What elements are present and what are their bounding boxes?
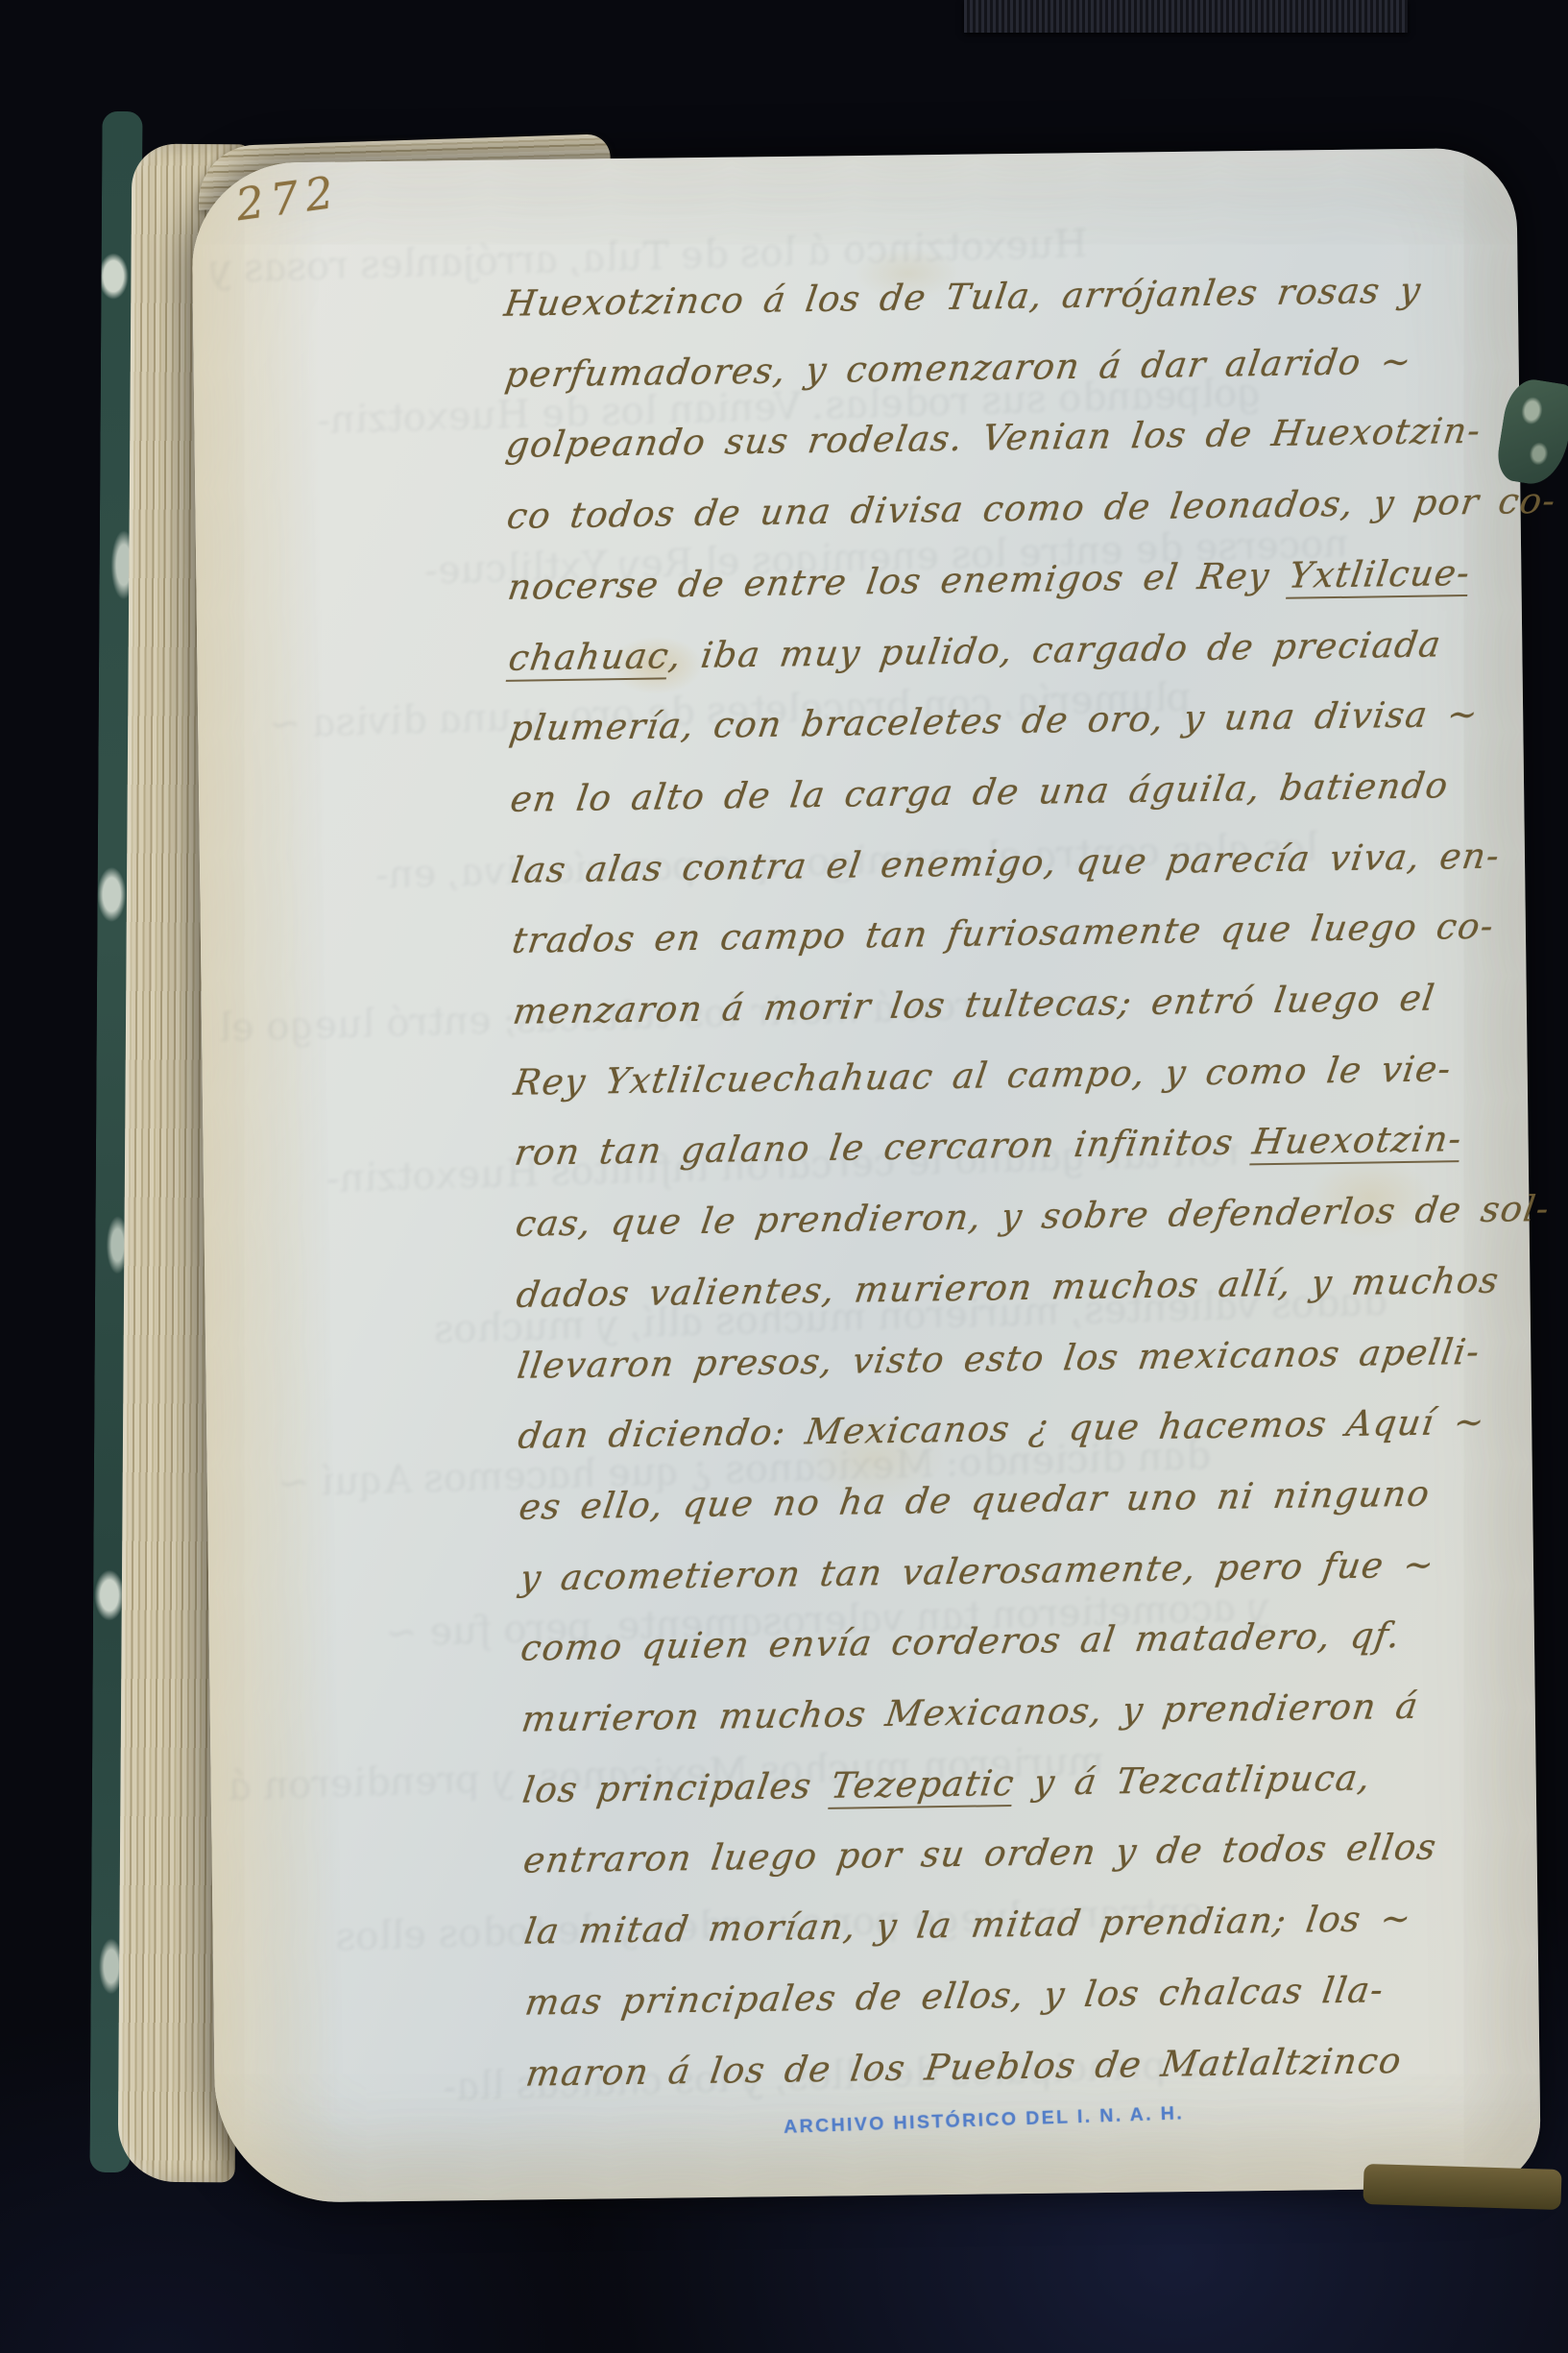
manuscript-line: chahuac, iba muy pulido, cargado de prec…: [506, 623, 1444, 678]
manuscript-line: cas, que le prendieron, y sobre defender…: [513, 1188, 1553, 1245]
top-fabric-strap: [964, 0, 1408, 33]
manuscript-line: ron tan galano le cercaron infinitos Hue…: [512, 1118, 1464, 1174]
text-segment: llevaron presos, visto esto los mexicano…: [515, 1330, 1483, 1386]
manuscript-line: nocerse de entre los enemigos el Rey Yxt…: [505, 552, 1473, 608]
underlined-word: Tezepatic: [828, 1762, 1018, 1809]
photographed-manuscript-scene: Huexotzinco á los de Tula, arrójanles ro…: [0, 0, 1568, 2353]
text-segment: es ello, que no ha de quedar uno ni ning…: [517, 1472, 1434, 1527]
manuscript-line: dan diciendo: Mexicanos ¿ que hacemos Aq…: [516, 1401, 1488, 1457]
text-segment: entraron luego por su orden y de todos e…: [520, 1827, 1439, 1881]
underlined-word: Yxtlilcue-: [1286, 552, 1473, 599]
manuscript-line: es ello, que no ha de quedar uno ni ning…: [517, 1472, 1434, 1527]
text-segment: perfumadores, y comenzaron á dar alarido…: [503, 340, 1415, 395]
manuscript-line: entraron luego por su orden y de todos e…: [520, 1827, 1439, 1881]
text-segment: las alas contra el enemigo, que parecía …: [509, 835, 1503, 890]
text-segment: co todos de una divisa como de leonados,…: [504, 480, 1558, 537]
manuscript-line: mas principales de ellos, y los chalcas …: [522, 1969, 1387, 2023]
text-segment: dados valientes, murieron muchos allí, y…: [514, 1259, 1502, 1315]
manuscript-line: en lo alto de la carga de una águila, ba…: [508, 764, 1452, 820]
manuscript-line: perfumadores, y comenzaron á dar alarido…: [503, 340, 1415, 395]
underlined-word: Huexotzin-: [1249, 1118, 1464, 1165]
manuscript-line: y acometieron tan valerosamente, pero fu…: [518, 1543, 1437, 1598]
text-segment: en lo alto de la carga de una águila, ba…: [508, 764, 1452, 820]
manuscript-line: plumería, con braceletes de oro, y una d…: [507, 693, 1482, 749]
text-segment: ron tan galano le cercaron infinitos: [512, 1122, 1256, 1174]
text-segment: Huexotzinco á los de Tula, arrójanles ro…: [502, 270, 1425, 325]
manuscript-line: las alas contra el enemigo, que parecía …: [509, 835, 1503, 890]
text-segment: cas, que le prendieron, y sobre defender…: [513, 1188, 1553, 1245]
manuscript-line: murieron muchos Mexicanos, y prendieron …: [519, 1686, 1422, 1740]
manuscript-line: como quien envía corderos al matadero, q…: [519, 1614, 1404, 1669]
manuscript-line: co todos de una divisa como de leonados,…: [504, 480, 1558, 537]
manuscript-line: maron á los de los Pueblos de Matlaltzin…: [523, 2040, 1405, 2095]
manuscript-line: llevaron presos, visto esto los mexicano…: [515, 1330, 1483, 1386]
text-segment: plumería, con braceletes de oro, y una d…: [507, 693, 1482, 749]
manuscript-line: Rey Yxtlilcuechahuac al campo, y como le…: [512, 1048, 1455, 1104]
text-segment: nocerse de entre los enemigos el Rey: [505, 555, 1292, 608]
handwritten-text-block: Huexotzinco á los de Tula, arrójanles ro…: [191, 148, 1541, 2204]
text-segment: golpeando sus rodelas. Venian los de Hue…: [503, 410, 1484, 466]
text-segment: los principales: [520, 1764, 834, 1810]
manuscript-line: la mitad morían, y la mitad prendian; lo…: [521, 1898, 1414, 1953]
manuscript-line: los principales Tezepatic y á Tezcatlipu…: [520, 1757, 1374, 1810]
text-segment: dan diciendo: Mexicanos ¿ que hacemos Aq…: [516, 1401, 1488, 1457]
underlined-word: chahuac: [506, 635, 673, 682]
manuscript-line: Huexotzinco á los de Tula, arrójanles ro…: [502, 270, 1425, 325]
text-segment: murieron muchos Mexicanos, y prendieron …: [519, 1686, 1422, 1740]
text-segment: y acometieron tan valerosamente, pero fu…: [518, 1543, 1437, 1598]
manuscript-line: golpeando sus rodelas. Venian los de Hue…: [503, 410, 1484, 466]
manuscript-page: Huexotzinco á los de Tula, arrójanles ro…: [191, 148, 1541, 2204]
cover-edge-bottom-right: [1363, 2164, 1561, 2210]
manuscript-line: trados en campo tan furiosamente que lue…: [510, 906, 1497, 961]
manuscript-line: menzaron á morir los tultecas; entró lue…: [511, 977, 1438, 1031]
text-segment: la mitad morían, y la mitad prendian; lo…: [521, 1898, 1414, 1953]
text-segment: mas principales de ellos, y los chalcas …: [522, 1969, 1387, 2023]
text-segment: , iba muy pulido, cargado de preciada: [666, 623, 1444, 676]
text-segment: trados en campo tan furiosamente que lue…: [510, 906, 1497, 961]
text-segment: y á Tezcatlipuca,: [1012, 1757, 1374, 1804]
text-segment: menzaron á morir los tultecas; entró lue…: [511, 977, 1438, 1031]
text-segment: como quien envía corderos al matadero, q…: [519, 1614, 1404, 1669]
text-segment: maron á los de los Pueblos de Matlaltzin…: [523, 2040, 1405, 2095]
manuscript-line: dados valientes, murieron muchos allí, y…: [514, 1259, 1502, 1315]
text-segment: Rey Yxtlilcuechahuac al campo, y como le…: [512, 1048, 1455, 1104]
